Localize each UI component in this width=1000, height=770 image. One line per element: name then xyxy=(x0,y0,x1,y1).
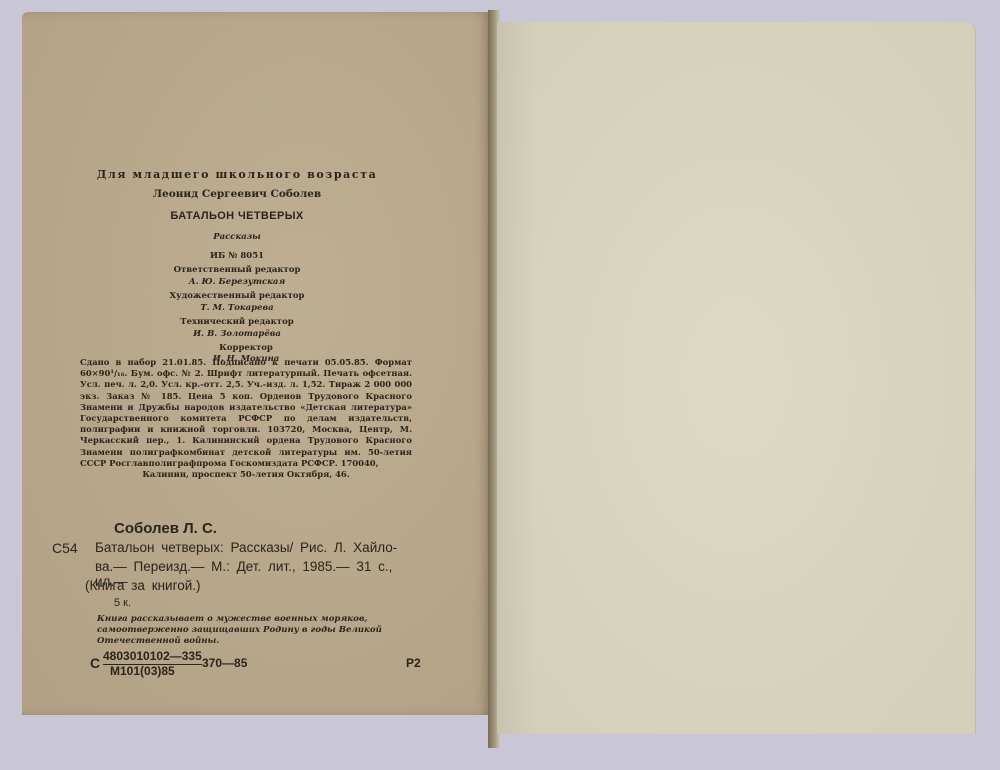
annotation-text: Книга рассказывает о мужестве военных мо… xyxy=(97,614,427,647)
credit-role: Ответственный редактор xyxy=(174,265,301,275)
index-prefix: С xyxy=(90,655,100,671)
ib-number: ИБ № 8051 xyxy=(210,251,264,261)
credit-role: Художественный редактор xyxy=(170,291,305,301)
credit-name: Т. М. Токарева xyxy=(200,303,273,313)
author-full-name: Леонид Сергеевич Соболев xyxy=(153,188,321,200)
colophon-body: Сдано в набор 21.01.85. Подписано к печа… xyxy=(80,357,412,469)
genre-label: Рассказы xyxy=(213,232,261,242)
catalog-code: С54 xyxy=(52,540,78,556)
right-page-blank xyxy=(497,22,976,734)
index-classification: Р2 xyxy=(406,656,421,670)
credit-name: А. Ю. Березутская xyxy=(189,277,285,287)
index-denominator: М101(03)85 xyxy=(110,664,175,678)
index-numerator: 4803010102—335 xyxy=(103,649,202,665)
catalog-line: Батальон четверых: Рассказы/ Рис. Л. Хай… xyxy=(95,540,397,555)
catalog-price: 5 к. xyxy=(114,597,131,609)
credit-role: Корректор xyxy=(80,343,412,354)
colophon-text: Сдано в набор 21.01.85. Подписано к печа… xyxy=(80,357,412,480)
left-page: Для младшего школьного возраста Леонид С… xyxy=(22,12,492,715)
index-suffix: 370—85 xyxy=(202,656,247,670)
credit-role: Технический редактор xyxy=(180,317,293,327)
catalog-line: (Книга за книгой.) xyxy=(85,578,201,593)
colophon-address: Калинин, проспект 50-летия Октября, 46. xyxy=(80,469,412,480)
age-group-label: Для младшего школьного возраста xyxy=(97,168,378,181)
catalog-author: Соболев Л. С. xyxy=(114,520,217,537)
book-title: БАТАЛЬОН ЧЕТВЕРЫХ xyxy=(170,210,303,222)
